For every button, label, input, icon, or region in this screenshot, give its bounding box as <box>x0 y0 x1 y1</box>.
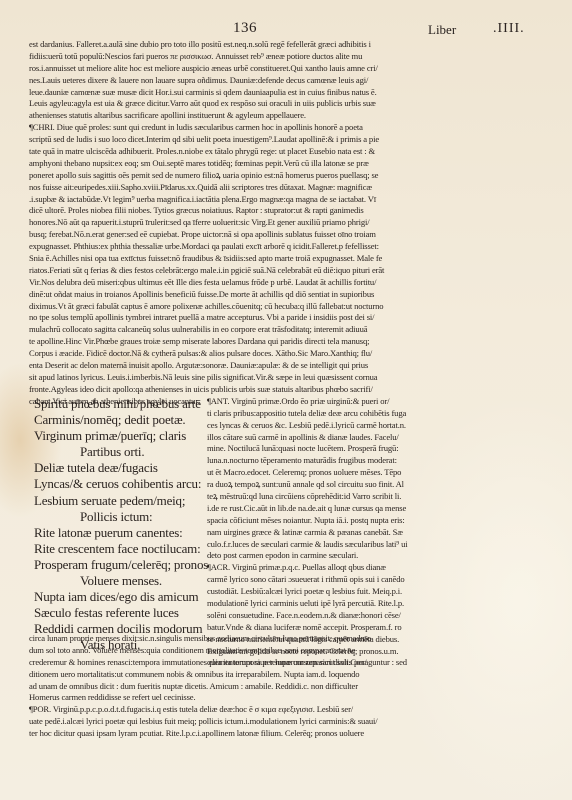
verse-line: Lesbium seruate pedem/meiq; <box>34 493 234 509</box>
commentary-line: Homerus carmen reddidisse se refert uel … <box>29 692 554 704</box>
commentary-line: sit apud latinos lyricus. Leuis.i.imberb… <box>29 372 554 384</box>
right-commentary-column: ¶ANT. Virginū primæ.Ordo ēo priæ uirginū… <box>207 384 547 669</box>
commentary-line: te apolline.Hinc Vir.Phœbe graues troiæ … <box>29 336 554 348</box>
commentary-line: dinē:ut oñdat maius in troianos Apollini… <box>29 289 554 301</box>
verse-line: Deliæ tutela deæ/fugacis <box>34 460 234 476</box>
commentary-line: culo.f.r.luces de sæculari carmie & laud… <box>207 539 547 551</box>
top-commentary: est dardanius. Falleret.a.aulā sine dubi… <box>29 39 554 408</box>
book-number: .IIII. <box>493 21 525 37</box>
verse-line: Pollicis ictum: <box>34 509 234 525</box>
commentary-line: athenienses statutis altaribus sacrifica… <box>29 110 554 122</box>
verse-line: Rite crescentem face noctilucam: <box>34 541 234 557</box>
folio-number: 136 <box>233 20 257 37</box>
commentary-line: ces lyncas & ceruos &c. Lesbiū pedē.i.ly… <box>207 420 547 432</box>
commentary-line: nes.Lauis ueteres dixere & lauere non la… <box>29 75 554 87</box>
commentary-line: illos cātare suū carmē in apollinis & di… <box>207 432 547 444</box>
commentary-line: Snia ē.Achilles nisi opa tua extīctus fu… <box>29 253 554 265</box>
commentary-line: riatos.Feriati sūt q ferias & dies festo… <box>29 265 554 277</box>
commentary-line: .i.supbæ & iactabūdæ.Vt legim⁹ uerba mag… <box>29 194 554 206</box>
commentary-line: busq; ferebat.Nō.n.erat gener:sed eē cup… <box>29 229 554 241</box>
verse-line: Lyncas/& ceruos cohibentis arcu: <box>34 476 234 492</box>
commentary-line: ut ēt Macro.edocet. Celeremq; pronos uol… <box>207 467 547 479</box>
commentary-line: spacia cōficiunt mēses noiantur. Nupta i… <box>207 515 547 527</box>
verse-line: Carminis/nomēq; dedit poetæ. <box>34 412 234 428</box>
commentary-line: ditionem uero mortalitatis:ut communem n… <box>29 669 554 681</box>
commentary-line: carmē lyrico sono cātari ɔsueuerat i rit… <box>207 574 547 586</box>
commentary-line: scriptū sed de ludis i suo loco dicet.In… <box>29 134 554 146</box>
commentary-line: tate quā in matre ulciscēda adhibuerit. … <box>29 146 554 158</box>
verse-line: Spiritū phœbus mihi/phœbus artē <box>34 396 234 412</box>
commentary-line: amphyoni thebano nupsit:ex eoq; sm Oui.s… <box>29 158 554 170</box>
commentary-line: est dardanius. Falleret.a.aulā sine dubi… <box>29 39 554 51</box>
commentary-line: expugnasset. Phthius:ex phthia thessaliæ… <box>29 241 554 253</box>
commentary-line: dicē ultorē. Proles niobea filii niobes.… <box>29 205 554 217</box>
commentary-line: poneret apollo suis sagittis oēs pemit s… <box>29 170 554 182</box>
commentary-line <box>207 384 547 396</box>
commentary-line: ¶ANT. Virginū primæ.Ordo ēo priæ uirginū… <box>207 396 547 408</box>
commentary-line: Leuis agyleu:agyla est uia & græce dicit… <box>29 98 554 110</box>
commentary-line: batur.Vnde & diana luciferæ nomē accepit… <box>207 622 547 634</box>
verse-line: Partibus orti. <box>34 444 234 460</box>
commentary-line: honores.Nō aūt qa rapuerit.i.stuprū īrul… <box>29 217 554 229</box>
commentary-line: ¶CHRI. Diue quē proles: sunt qui credunt… <box>29 122 554 134</box>
commentary-line: crederemur & homines renasci:tempora imm… <box>29 657 554 669</box>
commentary-line: modulationē lyrici carminis ueluti ipē l… <box>207 598 547 610</box>
commentary-line: ros.i.annuisset ut meliore alite hoc est… <box>29 63 554 75</box>
commentary-line: ¶ACR. Virginū primæ.p.q.c. Puellas alloq… <box>207 562 547 574</box>
verse-line: Virginum primæ/puerīq; claris <box>34 428 234 444</box>
running-title: Liber <box>428 22 456 38</box>
commentary-line: custodiāt. Lesbiū:alcæi lyrici poetæ q l… <box>207 586 547 598</box>
commentary-line: luna.n.nocturno tēperamento maturādis fr… <box>207 455 547 467</box>
commentary-line: diximus.Vt āt græci fabulāt captus ē amo… <box>29 301 554 313</box>
verse-line: Nupta iam dices/ego dis amicum <box>34 589 234 605</box>
commentary-line: mulachrū collocato sagitta calcaneūq sol… <box>29 324 554 336</box>
commentary-line: Vir.Nos delubra deū miseri:qbus ultimus … <box>29 277 554 289</box>
commentary-line: ¶POR. Virginū.p.p.c.p.o.d.t.d.fugacis.i.… <box>29 704 554 716</box>
commentary-line: enta Deserit ac delon maternā inuisit ap… <box>29 360 554 372</box>
commentary-line: uate pedē.i.alcæi lyrici poetæ qui lesbi… <box>29 716 554 728</box>
commentary-line: ad unam de omnibus dicit : dum fueritis … <box>29 681 554 693</box>
commentary-line: deto post carmen epodon in carmine sæcul… <box>207 550 547 562</box>
commentary-line: Corpus i æacide. Fidicē doctor.Nā & cyth… <box>29 348 554 360</box>
commentary-line: teꝝ mēstruū:qd luna circūiens cōprehēdit… <box>207 491 547 503</box>
commentary-line: circa lunam proprie menses dixit:sic.n.s… <box>29 633 554 645</box>
commentary-line: leue.dauniæ camœnæ suæ musæ dicit Hor.i.… <box>29 87 554 99</box>
commentary-line: ti claris pribus:appositio tutela deliæ … <box>207 408 547 420</box>
bottom-commentary: circa lunam proprie menses dixit:sic.n.s… <box>29 633 554 740</box>
commentary-line: no tpe solus templū apollinis tymbrei in… <box>29 312 554 324</box>
verse-line: Rite latonæ puerum canentes: <box>34 525 234 541</box>
commentary-line: nam uirgines græce & latinæ carmia & pæa… <box>207 527 547 539</box>
book-page: 136 Liber .IIII. est dardanius. Falleret… <box>0 0 572 800</box>
commentary-line: i.de re rust.Cic.aūt in lib.de na.de.ait… <box>207 503 547 515</box>
commentary-line: nos fuisse ait:euripedes.xiii.Sapho.xvii… <box>29 182 554 194</box>
commentary-line: ter hoc dicitur quasi ipsam lyram pcutia… <box>29 728 554 740</box>
commentary-line: ra duoꝝ tempoꝝ sunt:unū annale qd sol ci… <box>207 479 547 491</box>
commentary-line: dum sol toto anno. Voluere menses:quia c… <box>29 645 554 657</box>
verse-line: Sæculo festas referente luces <box>34 605 234 621</box>
verse-line: Prosperam frugum/celerēq; pronos <box>34 557 234 573</box>
page-header: 136 Liber .IIII. <box>0 20 572 40</box>
verse-line: Voluere menses. <box>34 573 234 589</box>
commentary-line: solēni consuetudine. Face.n.eodem.n.& di… <box>207 610 547 622</box>
commentary-line: mine. Noctilucā lunā:quasi nocte lucētem… <box>207 443 547 455</box>
verse-column: Spiritū phœbus mihi/phœbus artēCarminis/… <box>34 396 234 654</box>
commentary-line: fidiis:uerū totū populū:Nescios fari pue… <box>29 51 554 63</box>
